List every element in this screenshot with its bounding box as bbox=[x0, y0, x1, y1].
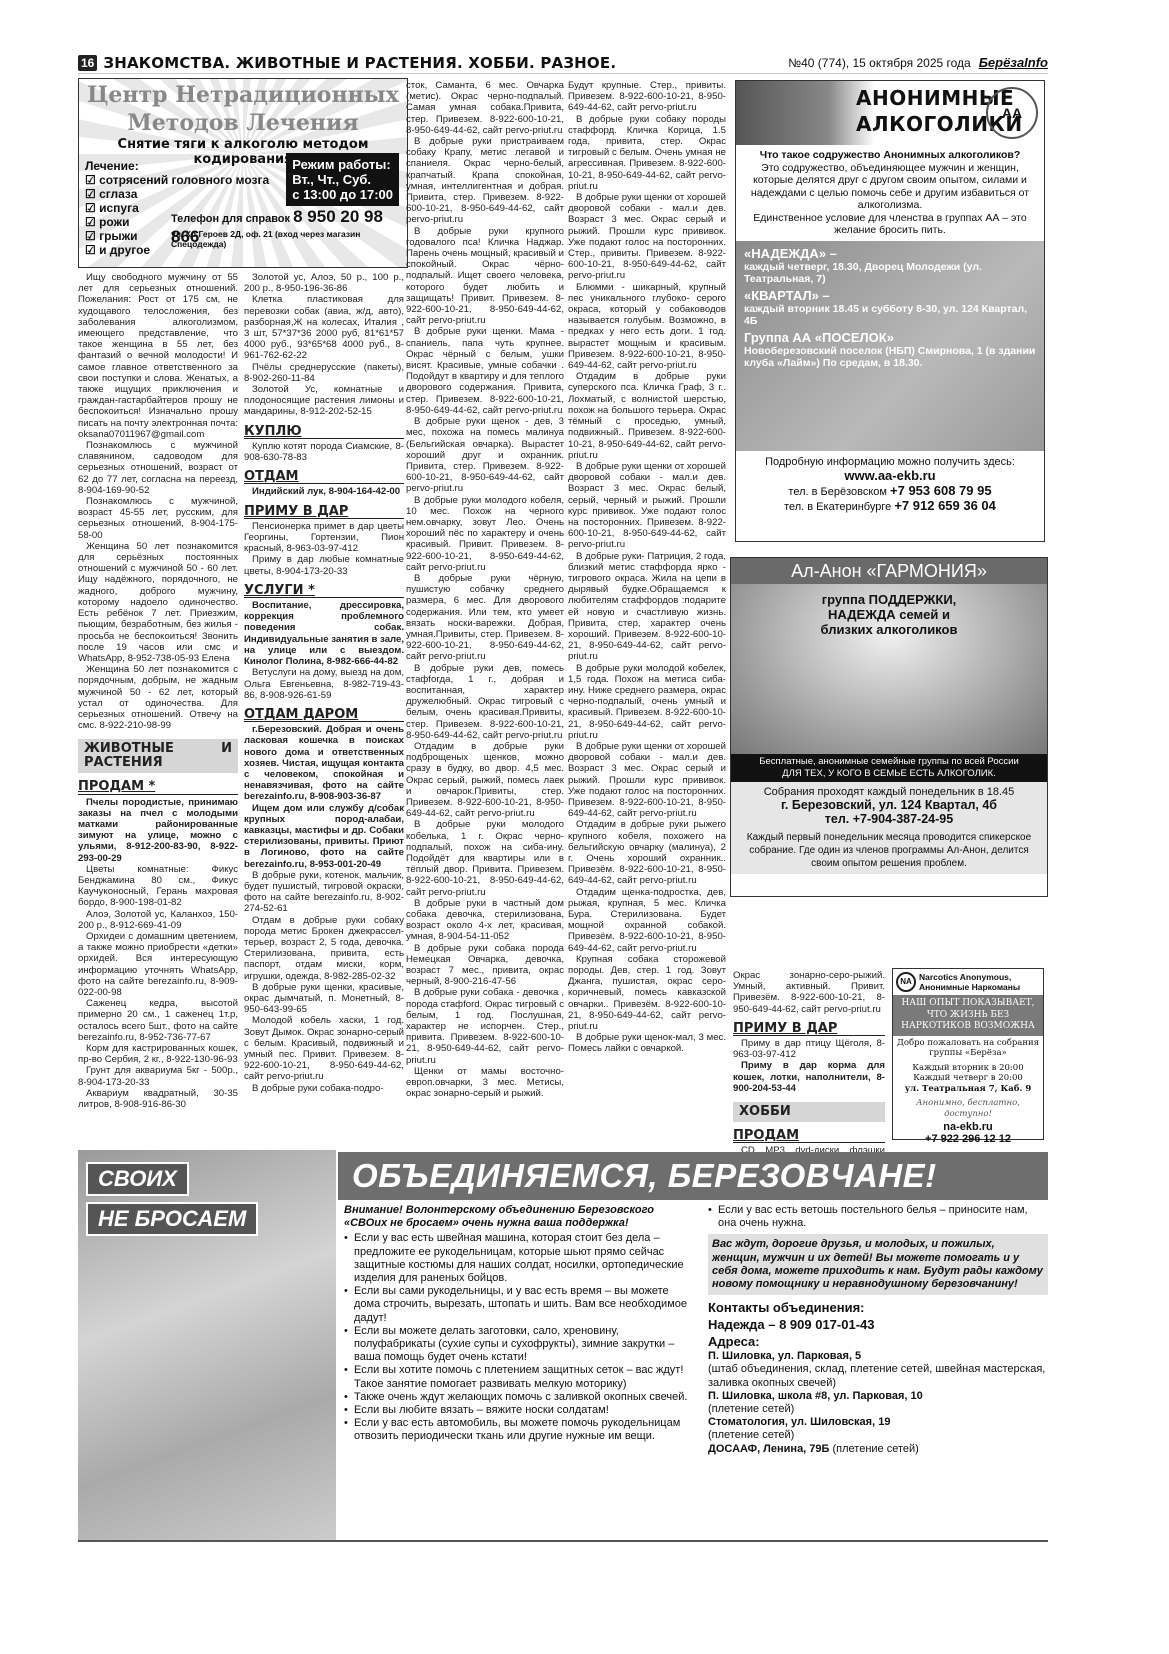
classified-ad: Золотой ус, Алоэ, 50 р., 100 р., 200 р.,… bbox=[244, 272, 404, 294]
classified-ad: сток, Саманта, 6 мес. Овчарка (метис). О… bbox=[406, 80, 564, 136]
aa-banner: АНОНИМНЫЕАЛКОГОЛИКИ AA bbox=[736, 81, 1044, 145]
classified-ad: В добрые руки молодого кобеля, 10 мес. П… bbox=[406, 495, 564, 573]
classified-ad: Отдадим в добрые руки суперского пса. Кл… bbox=[568, 371, 726, 461]
svo-contact-phone: Надежда – 8 909 017-01-43 bbox=[708, 1316, 1048, 1333]
page-header: 16 ЗНАКОМСТВА. ЖИВОТНЫЕ И РАСТЕНИЯ. ХОББ… bbox=[78, 52, 1048, 74]
svo-right-column: Если у вас есть ветошь постельного белья… bbox=[708, 1204, 1048, 1456]
classified-ad: Приму в дар корма для кошек, лотки, напо… bbox=[733, 1060, 885, 1094]
classified-ad: В добрые руки щенки от хорошей дворовой … bbox=[568, 461, 726, 551]
ad-alcoholics-anonymous: АНОНИМНЫЕАЛКОГОЛИКИ AA Что такое содруже… bbox=[735, 80, 1045, 542]
aa-description: Что такое содружество Анонимных алкоголи… bbox=[736, 145, 1044, 241]
issue-date: №40 (774), 15 октября 2025 года bbox=[788, 56, 970, 70]
bullet-item: Если вы сами рукодельницы, и у вас есть … bbox=[344, 1285, 694, 1325]
aa-contacts: Подробную информацию можно получить здес… bbox=[736, 451, 1044, 514]
svo-note: Вас ждут, дорогие друзья, и молодых, и п… bbox=[708, 1234, 1048, 1295]
svo-address: ДОСААФ, Ленина, 79Б (плетение сетей) bbox=[708, 1443, 1048, 1456]
bullet-item: Если у вас есть ветошь постельного белья… bbox=[708, 1204, 1048, 1230]
classified-ad: В добрые руки щенок-мал, 3 мес. Помесь л… bbox=[568, 1032, 726, 1054]
classified-ad: Цветы комнатные: Фикус Бенджамина 80 см.… bbox=[78, 864, 238, 909]
bullet-item: Если вы можете делать заготовки, сало, х… bbox=[344, 1325, 694, 1365]
category-hobby: ХОББИ bbox=[733, 1102, 885, 1122]
column-4: Будут крупные. Стер., привиты. Привезем.… bbox=[568, 80, 726, 1055]
ad-title-1: Центр Нетрадиционных bbox=[79, 83, 407, 107]
rubric-sell: ПРОДАМ bbox=[733, 1130, 885, 1143]
page-number: 16 bbox=[78, 55, 97, 71]
classified-ad: В добрые руки в частный дом собака девоч… bbox=[406, 898, 564, 943]
classified-ad: Клетка пластиковая для перевозки собак (… bbox=[244, 294, 404, 361]
classified-ad: Саженец кедра, высотой примерно 20 см., … bbox=[78, 998, 238, 1043]
rubric-give: ОТДАМ bbox=[244, 471, 404, 484]
classified-ad: В добрые руки- Патриция, 2 года, близкий… bbox=[568, 551, 726, 663]
ad-title-2: Методов Лечения bbox=[79, 111, 407, 135]
section-title: ЗНАКОМСТВА. ЖИВОТНЫЕ И РАСТЕНИЯ. ХОББИ. … bbox=[103, 54, 616, 72]
classified-ad: В добрые руки щенки от хорошей дворовой … bbox=[568, 192, 726, 282]
rubric-free: ОТДАМ ДАРОМ bbox=[244, 709, 404, 722]
brand-logo: БерёзаInfo bbox=[979, 55, 1048, 70]
rubric-sell: ПРОДАМ * bbox=[78, 781, 238, 794]
ad-address: ул. Кр.Героев 2Д, оф. 21 (вход через маг… bbox=[171, 229, 407, 249]
alanon-info: Собрания проходят каждый понедельник в 1… bbox=[731, 782, 1047, 874]
na-logo-icon: NA bbox=[896, 972, 916, 992]
bullet-item: Если у вас есть автомобиль, вы можете по… bbox=[344, 1417, 694, 1443]
classified-ad: Грунт для аквариума 5кг - 500р., 8-904-1… bbox=[78, 1065, 238, 1087]
classified-ad: В добрые руки молодой кобелек, 1,5 года.… bbox=[568, 663, 726, 741]
aa-site-link[interactable]: www.aa-ekb.ru bbox=[844, 468, 935, 483]
classified-ad: В добрые руки собаку породы стаффорд. Кл… bbox=[568, 114, 726, 192]
classified-ad: В добрые руки чёрную, пушистую собачку с… bbox=[406, 573, 564, 663]
rubric-gift: ПРИМУ В ДАР bbox=[733, 1023, 885, 1036]
na-slogan: НАШ ОПЫТ ПОКАЗЫВАЕТ, ЧТО ЖИЗНЬ БЕЗ НАРКО… bbox=[893, 995, 1043, 1036]
svo-left-column: Внимание! Волонтерскому объединению Бере… bbox=[344, 1204, 694, 1444]
classified-ad: В добрые руки щенки от хорошей дворовой … bbox=[568, 741, 726, 819]
classified-ad: Блюмми - шикарный, крупный пес уникально… bbox=[568, 282, 726, 372]
na-site-link[interactable]: na-ekb.ru bbox=[893, 1121, 1043, 1133]
classified-ad: Ветуслуги на дому, выезд на дом, Ольга Е… bbox=[244, 667, 404, 701]
classified-ad: Будут крупные. Стер., привиты. Привезем.… bbox=[568, 80, 726, 114]
classified-ad: Куплю котят порода Сиамские, 8-908-630-7… bbox=[244, 441, 404, 463]
classified-ad: Ищу свободного мужчину от 55 лет для сер… bbox=[78, 272, 238, 440]
na-welcome: Добро пожаловать на собрания группы «Бер… bbox=[893, 1036, 1043, 1061]
column-2: Золотой ус, Алоэ, 50 р., 100 р., 200 р.,… bbox=[244, 272, 404, 1094]
classified-ad: В добрые руки щенки, красивые, окрас дым… bbox=[244, 982, 404, 1016]
classified-ad: В добрые руки молодого кобелька, 1 г. Ок… bbox=[406, 819, 564, 897]
classified-ad: В добрые руки собака - девочка , порода … bbox=[406, 987, 564, 1065]
alanon-strip: Бесплатные, анонимные семейные группы по… bbox=[731, 754, 1047, 782]
classified-ad: Познакомлюсь с мужчиной, возраст 45-55 л… bbox=[78, 496, 238, 541]
bullet-item: Если вы хотите помочь с плетением защитн… bbox=[344, 1364, 694, 1390]
ad-al-anon: Ал-Анон «ГАРМОНИЯ» группа ПОДДЕРЖКИ, НАД… bbox=[730, 557, 1048, 897]
ad-narcotics-anonymous: NA Narcotics Anonymous,Анонимные Наркома… bbox=[892, 968, 1044, 1140]
classified-ad: Приму в дар птицу Щёголя, 8-963-03-97-41… bbox=[733, 1038, 885, 1060]
classified-ad: В добрые руки крупного годовалого пса! К… bbox=[406, 226, 564, 327]
classified-ad: Алоэ, Золотой ус, Каланхоэ, 150-200 р., … bbox=[78, 909, 238, 931]
bullet-item: Также очень ждут желающих помочь с залив… bbox=[344, 1391, 694, 1404]
classified-ad: Окрас зонарно-серо-рыжий. Умный, активны… bbox=[733, 970, 885, 1015]
classified-ad: Женщина 50 лет познакомится для серьёзны… bbox=[78, 541, 238, 664]
classified-ad: В добрые руки, котенок, мальчик, будет п… bbox=[244, 870, 404, 915]
classified-ad: г.Березовский. Добрая и очень ласковая к… bbox=[244, 724, 404, 802]
aa-logo-icon: AA bbox=[986, 87, 1038, 139]
classified-ad: Корм для кастрированных кошек, пр-во Сер… bbox=[78, 1043, 238, 1065]
classified-ad: Воспитание, дрессировка, коррекция пробл… bbox=[244, 600, 404, 667]
alanon-photo: группа ПОДДЕРЖКИ, НАДЕЖДА семей и близки… bbox=[731, 584, 1047, 754]
svo-tag-1: СВОИХ bbox=[86, 1162, 189, 1196]
classified-ad: Пчелы породистые, принимаю заказы на пче… bbox=[78, 797, 238, 864]
classified-ad: Отдам в добрые руки собаку порода метис … bbox=[244, 915, 404, 982]
column-1: Ищу свободного мужчину от 55 лет для сер… bbox=[78, 272, 238, 1110]
svo-headline: ОБЪЕДИНЯЕМСЯ, БЕРЕЗОВЧАНЕ! bbox=[338, 1152, 1048, 1200]
na-schedule: Каждый вторник в 20:00Каждый четверг в 2… bbox=[893, 1061, 1043, 1097]
checkbox-icon: ☑ сотрясений головного мозга bbox=[85, 173, 269, 187]
classified-ad: Ищем дом или службу д/собак крупных поро… bbox=[244, 803, 404, 870]
classified-ad: В добрые руки собака-подро- bbox=[244, 1083, 404, 1094]
classified-ad: Орхидеи с домашним цветением, а также мо… bbox=[78, 931, 238, 998]
classified-ad: В добрые руки дев, помесь стафforда, 1 г… bbox=[406, 663, 564, 741]
rubric-services: УСЛУГИ * bbox=[244, 585, 404, 598]
classified-ad: В добрые руки пристраиваем собаку Крапу,… bbox=[406, 136, 564, 226]
rubric-gift: ПРИМУ В ДАР bbox=[244, 506, 404, 519]
hands-photo: СВОИХ НЕ БРОСАЕМ bbox=[78, 1150, 336, 1540]
svo-tag-2: НЕ БРОСАЕМ bbox=[86, 1202, 258, 1236]
classified-ad: Индийский лук, 8-904-164-42-00 bbox=[244, 486, 404, 497]
classified-ad: Золотой Ус, комнатные и плодоносящие рас… bbox=[244, 384, 404, 418]
working-hours: Режим работы: Вт., Чт., Суб. с 13:00 до … bbox=[286, 153, 399, 206]
classified-ad: Отдадим щенка-подростка, дев, рыжая, кру… bbox=[568, 887, 726, 954]
svo-address: П. Шиловка, школа #8, ул. Парковая, 10(п… bbox=[708, 1390, 1048, 1416]
aa-groups: «НАДЕЖДА» – каждый четверг, 18.30, Дворе… bbox=[736, 241, 1044, 451]
alanon-title: Ал-Анон «ГАРМОНИЯ» bbox=[731, 558, 1047, 584]
classified-ad: Пенсионерка примет в дар цветы Георгины,… bbox=[244, 521, 404, 555]
ad-alt-medicine: Центр Нетрадиционных Методов Лечения Сня… bbox=[78, 78, 408, 268]
classified-ad: Пчёлы среднерусские (пакеты), 8-902-260-… bbox=[244, 362, 404, 384]
classified-ad: Познакомлюсь с мужчиной славянином, садо… bbox=[78, 440, 238, 496]
classified-ad: Отдадим в добрые руки подброщеных щенков… bbox=[406, 741, 564, 819]
classified-ad: Щенки от мамы восточно-европ.овчарки, 3 … bbox=[406, 1066, 564, 1100]
bullet-item: Если у вас есть швейная машина, которая … bbox=[344, 1232, 694, 1285]
rubric-buy: КУПЛЮ bbox=[244, 426, 404, 439]
classified-ad: В добрые руки щенок - дев, 3 мес, похожа… bbox=[406, 416, 564, 494]
ad-svo-volunteers: СВОИХ НЕ БРОСАЕМ ОБЪЕДИНЯЕМСЯ, БЕРЕЗОВЧА… bbox=[78, 1150, 1048, 1542]
svo-address: Стоматология, ул. Шиловская, 19(плетение… bbox=[708, 1416, 1048, 1442]
classified-ad: Аквариум квадратный, 30-35 литров, 8-908… bbox=[78, 1088, 238, 1110]
classified-ad: Отдадим в добрые руки рыжего крупного ко… bbox=[568, 819, 726, 886]
classified-ad: Крупная собака сторожевой породы. Дев, с… bbox=[568, 954, 726, 1032]
column-3: сток, Саманта, 6 мес. Овчарка (метис). О… bbox=[406, 80, 564, 1099]
svo-address: П. Шиловка, ул. Парковая, 5(штаб объедин… bbox=[708, 1350, 1048, 1390]
classified-ad: Молодой кобель хаски, 1 год. Зовут Дымок… bbox=[244, 1015, 404, 1082]
classified-ad: В добрые руки щенки. Мама - спаниель, па… bbox=[406, 326, 564, 416]
classified-ad: В добрые руки собака порода Немецкая Овч… bbox=[406, 943, 564, 988]
category-animals-plants: ЖИВОТНЫЕ И РАСТЕНИЯ bbox=[78, 739, 238, 773]
bullet-item: Если вы любите вязать – вяжите носки сол… bbox=[344, 1404, 694, 1417]
classified-ad: Женщина 50 лет познакомится с порядочным… bbox=[78, 664, 238, 731]
classified-ad: Приму в дар любые комнатные цветы, 8-904… bbox=[244, 554, 404, 576]
na-phone: +7 922 296 12 12 bbox=[893, 1133, 1043, 1145]
